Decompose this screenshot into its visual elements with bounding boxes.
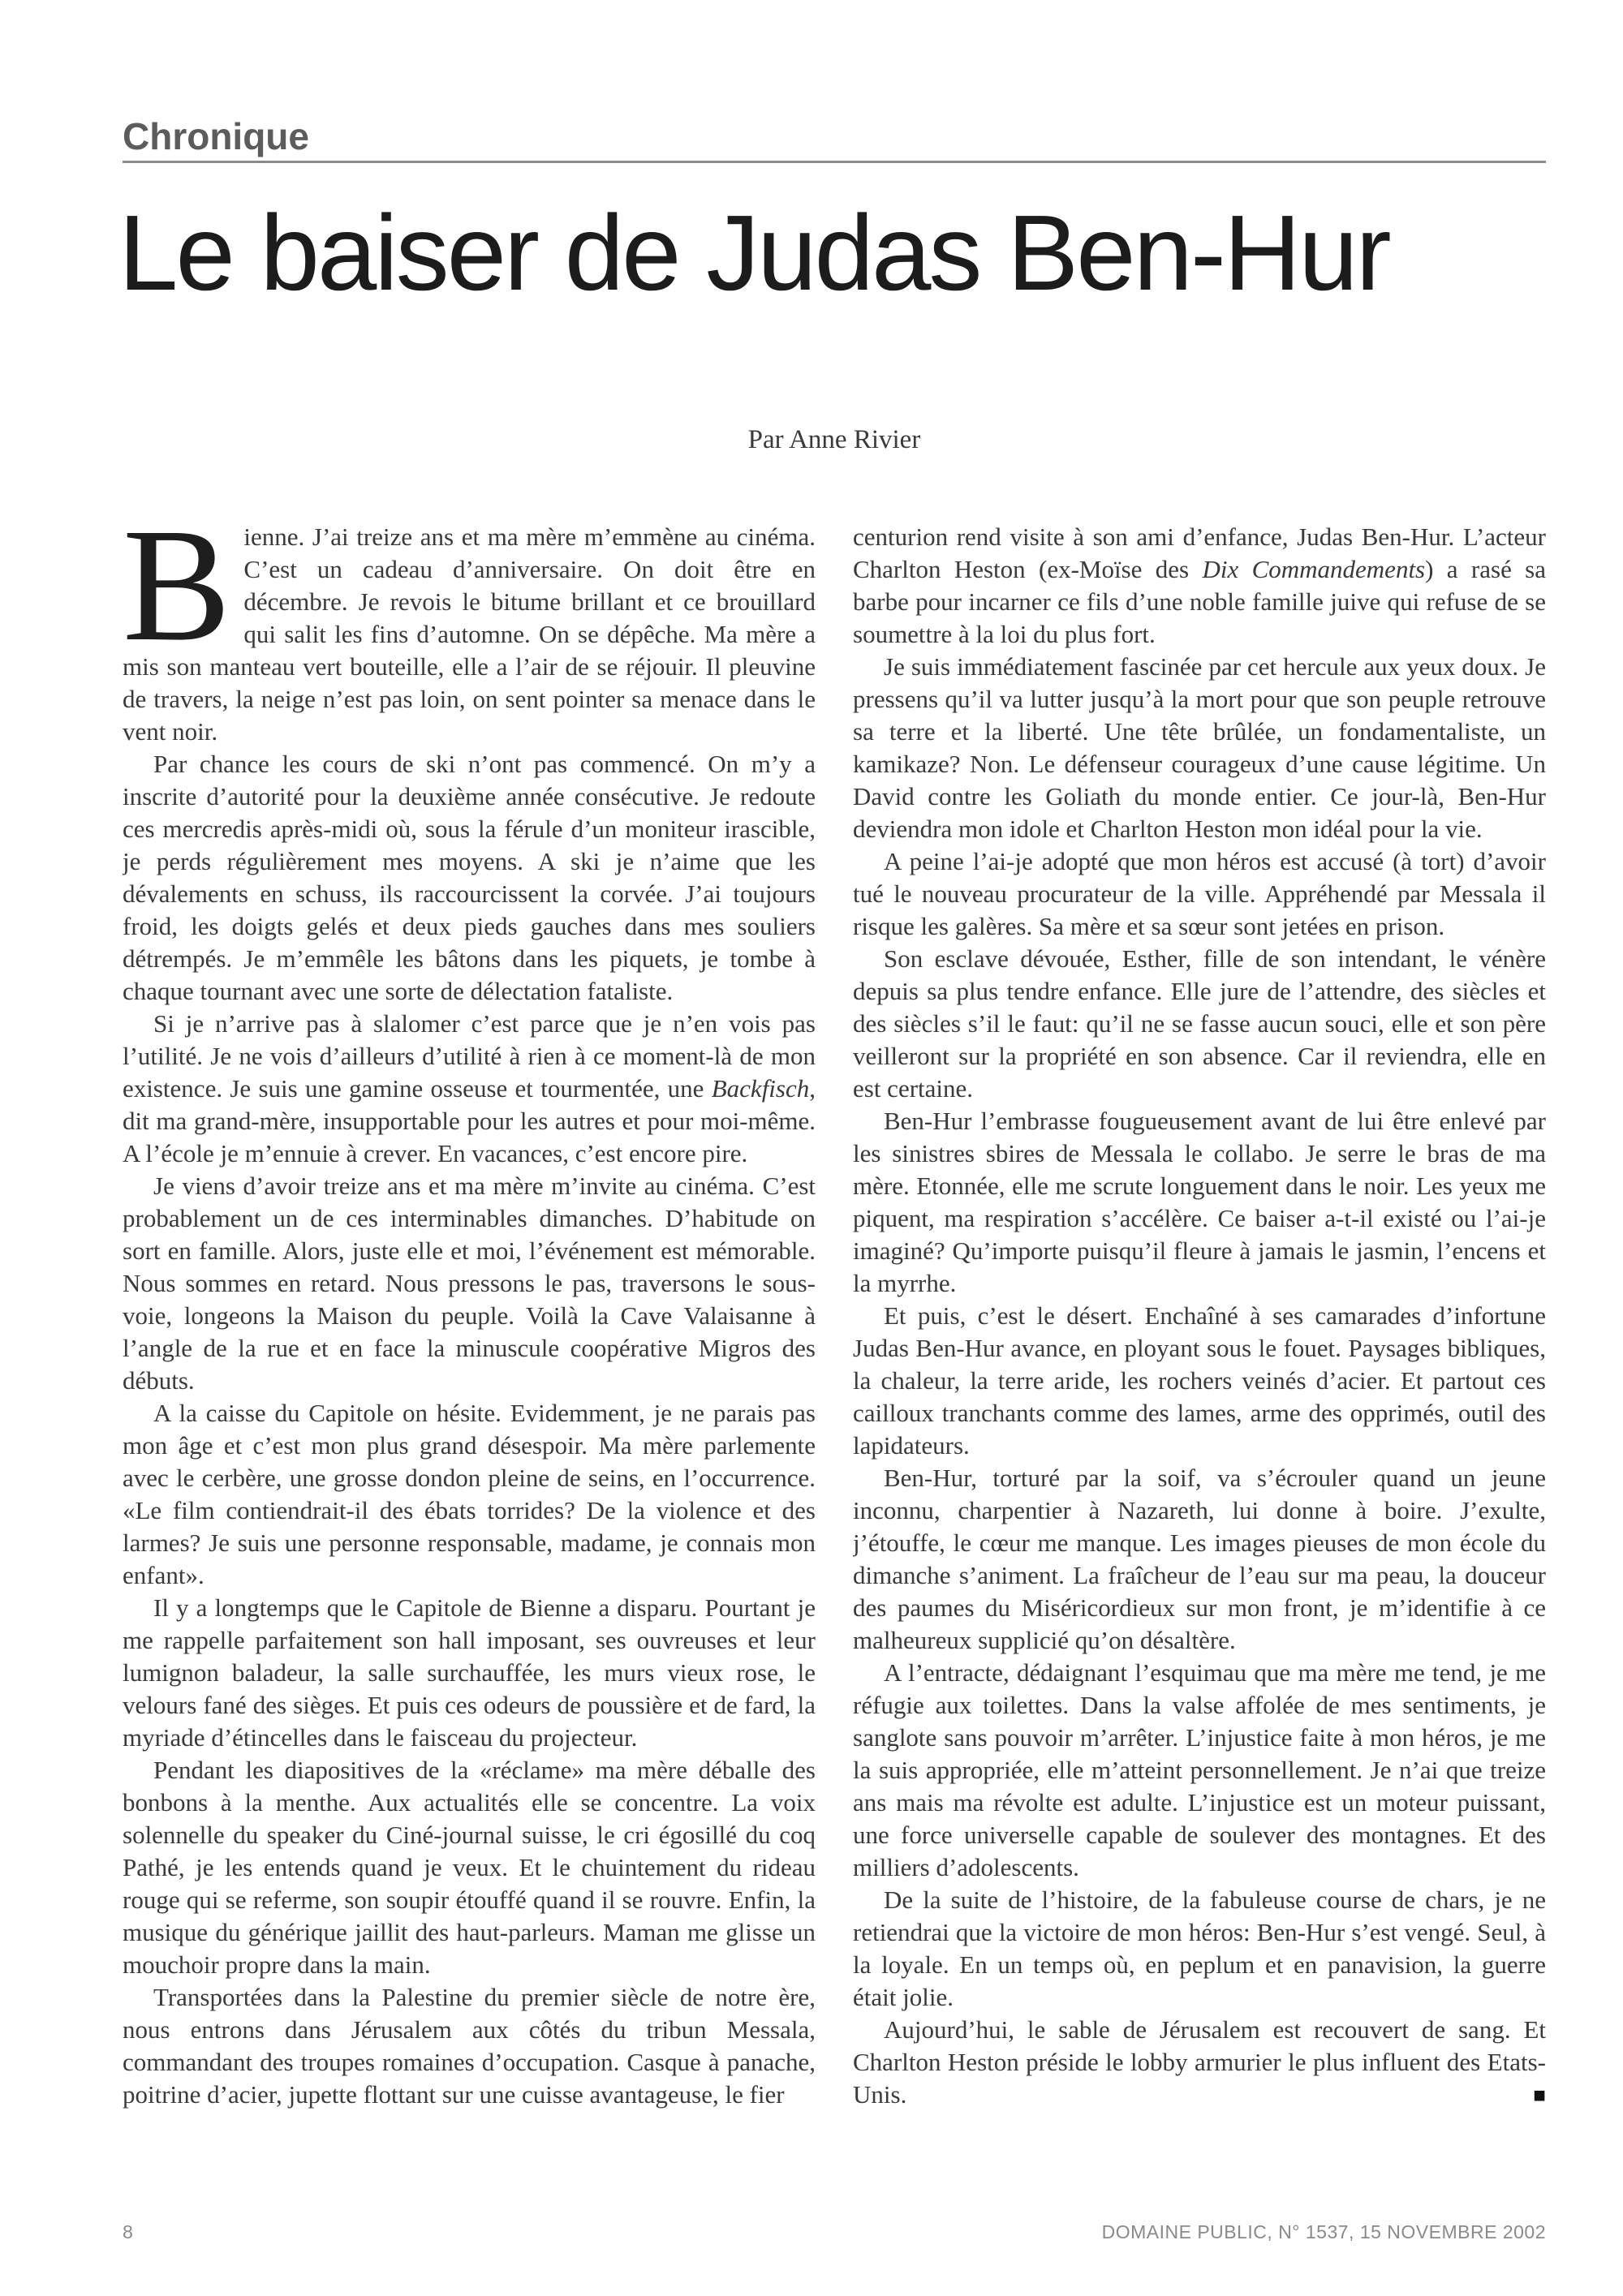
text-segment: De la suite de l’histoire, de la fabuleu… (853, 1885, 1546, 2011)
section-kicker: Chronique (123, 115, 309, 157)
italic-text: Backfisch (712, 1074, 810, 1103)
page-footer: 8 DOMAINE PUBLIC, N° 1537, 15 NOVEMBRE 2… (123, 2221, 1546, 2243)
text-segment: A l’entracte, dédaignant l’esquimau que … (853, 1658, 1546, 1881)
article-title: Le baiser de Judas Ben-Hur (118, 196, 1547, 310)
issue-line: DOMAINE PUBLIC, N° 1537, 15 NOVEMBRE 200… (1102, 2221, 1546, 2243)
paragraph: Son esclave dévouée, Esther, fille de so… (853, 943, 1546, 1105)
paragraph: Aujourd’hui, le sable de Jérusalem est r… (853, 2014, 1546, 2111)
paragraph: Si je n’arrive pas à slalomer c’est parc… (123, 1008, 816, 1170)
text-segment: Son esclave dévouée, Esther, fille de so… (853, 944, 1546, 1103)
italic-text: Dix Commandements (1202, 555, 1425, 583)
text-segment: Pendant les diapositives de la «réclame»… (123, 1756, 816, 1979)
right-column: centurion rend visite à son ami d’enfanc… (853, 521, 1546, 2176)
text-segment: A la caisse du Capitole on hésite. Evide… (123, 1399, 816, 1589)
text-segment: Je viens d’avoir treize ans et ma mère m… (123, 1172, 816, 1395)
text-segment: Transportées dans la Palestine du premie… (123, 1983, 816, 2109)
text-segment: Et puis, c’est le désert. Enchaîné à ses… (853, 1301, 1546, 1460)
text-segment: Ben-Hur, torturé par la soif, va s’écrou… (853, 1464, 1546, 1654)
paragraph: Il y a longtemps que le Capitole de Bien… (123, 1592, 816, 1754)
paragraph: A l’entracte, dédaignant l’esquimau que … (853, 1657, 1546, 1884)
magazine-page: Chronique Le baiser de Judas Ben-Hur Par… (0, 0, 1623, 2296)
kicker-rule: Chronique (123, 114, 1546, 163)
paragraph: Par chance les cours de ski n’ont pas co… (123, 748, 816, 1008)
paragraph: Ben-Hur l’embrasse fougueusement avant d… (853, 1105, 1546, 1300)
text-segment: Je suis immédiatement fascinée par cet h… (853, 652, 1546, 843)
paragraph: Et puis, c’est le désert. Enchaîné à ses… (853, 1300, 1546, 1462)
paragraph: Bienne. J’ai treize ans et ma mère m’emm… (123, 521, 816, 748)
paragraph: Ben-Hur, torturé par la soif, va s’écrou… (853, 1462, 1546, 1657)
text-segment: Aujourd’hui, le sable de Jérusalem est r… (853, 2015, 1546, 2109)
byline: Par Anne Rivier (123, 425, 1546, 455)
paragraph: Je suis immédiatement fascinée par cet h… (853, 651, 1546, 845)
paragraph: Transportées dans la Palestine du premie… (123, 1981, 816, 2111)
text-segment: Par chance les cours de ski n’ont pas co… (123, 750, 816, 1005)
paragraph: Pendant les diapositives de la «réclame»… (123, 1754, 816, 1981)
text-segment: Ben-Hur l’embrasse fougueusement avant d… (853, 1107, 1546, 1297)
drop-cap-letter: B (123, 522, 243, 646)
end-of-article-mark: ■ (1502, 2079, 1546, 2111)
paragraph: centurion rend visite à son ami d’enfanc… (853, 521, 1546, 651)
page-number: 8 (123, 2221, 133, 2243)
paragraph: A la caisse du Capitole on hésite. Evide… (123, 1397, 816, 1592)
left-column: Bienne. J’ai treize ans et ma mère m’emm… (123, 521, 816, 2176)
article-body: Bienne. J’ai treize ans et ma mère m’emm… (123, 521, 1546, 2176)
paragraph: Je viens d’avoir treize ans et ma mère m… (123, 1170, 816, 1397)
paragraph: A peine l’ai-je adopté que mon héros est… (853, 845, 1546, 943)
text-segment: A peine l’ai-je adopté que mon héros est… (853, 847, 1546, 940)
text-segment: Il y a longtemps que le Capitole de Bien… (123, 1593, 816, 1752)
paragraph: De la suite de l’histoire, de la fabuleu… (853, 1884, 1546, 2014)
